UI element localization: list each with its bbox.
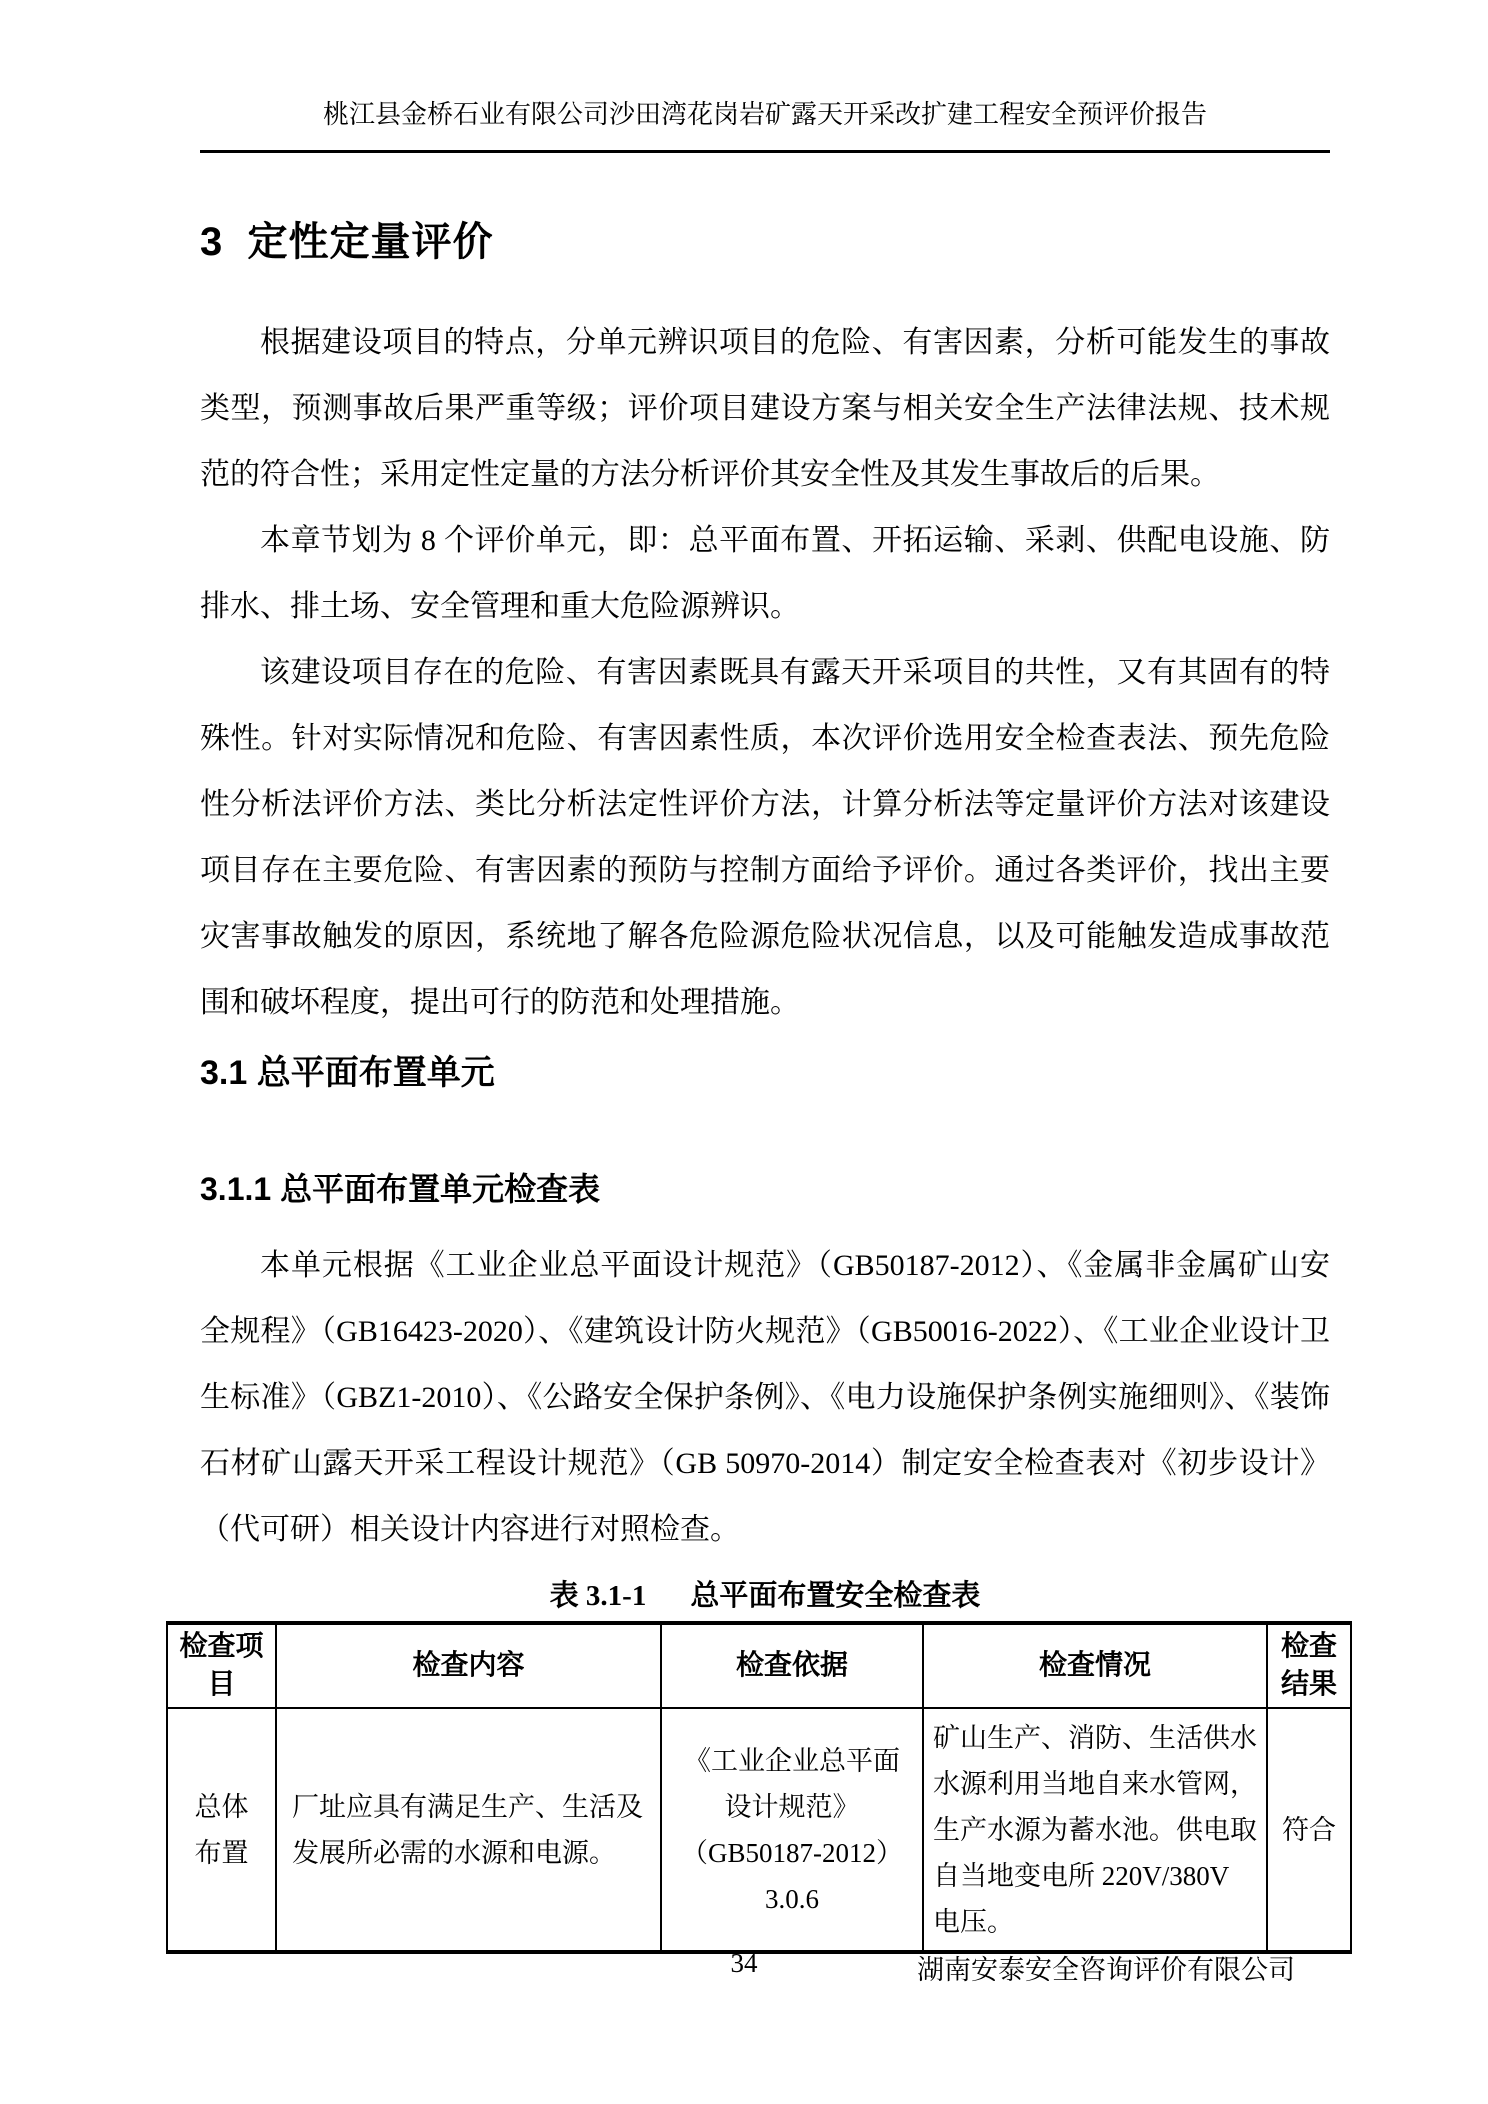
page-header-title: 桃江县金桥石业有限公司沙田湾花岗岩矿露天开采改扩建工程安全预评价报告 — [200, 98, 1330, 132]
paragraph-standards: 本单元根据《工业企业总平面设计规范》（GB50187-2012）、《金属非金属矿… — [200, 1233, 1330, 1563]
header-cell-check-basis: 检查依据 — [661, 1623, 923, 1708]
table-caption-title: 总平面布置安全检查表 — [690, 1573, 980, 1614]
table-caption: 表 3.1-1 总平面布置安全检查表 — [200, 1573, 1330, 1613]
subsection-title: 3.1.1 总平面布置单元检查表 — [200, 1167, 1330, 1211]
header-cell-check-item: 检查项目 — [167, 1623, 276, 1708]
cell-check-situation: 矿山生产、消防、生活供水水源利用当地自来水管网，生产水源为蓄水池。供电取自当地变… — [923, 1708, 1267, 1952]
section-title: 3.1 总平面布置单元 — [200, 1050, 1330, 1097]
chapter-title: 3 定性定量评价 — [200, 218, 1330, 266]
paragraph-methods: 该建设项目存在的危险、有害因素既具有露天开采项目的共性，又有其固有的特殊性。针对… — [200, 640, 1330, 1036]
table-caption-label: 表 3.1-1 — [550, 1573, 647, 1614]
page-content: 3 定性定量评价 根据建设项目的特点，分单元辨识项目的危险、有害因素，分析可能发… — [200, 200, 1330, 1954]
header-cell-check-result: 检查结果 — [1267, 1623, 1351, 1708]
table-row: 总体布置 厂址应具有满足生产、生活及发展所必需的水源和电源。 《工业企业总平面设… — [167, 1708, 1351, 1952]
safety-check-table: 检查项目 检查内容 检查依据 检查情况 检查结果 总体布置 厂址应具有满足生产、… — [166, 1621, 1352, 1954]
cell-check-content: 厂址应具有满足生产、生活及发展所必需的水源和电源。 — [276, 1708, 661, 1952]
paragraph-overview: 根据建设项目的特点，分单元辨识项目的危险、有害因素，分析可能发生的事故类型，预测… — [200, 310, 1330, 508]
document-page: { "colors": { "text": "#000000", "backgr… — [0, 0, 1488, 2104]
header-divider-rule — [200, 150, 1330, 153]
paragraph-units: 本章节划为 8 个评价单元，即：总平面布置、开拓运输、采剥、供配电设施、防排水、… — [200, 508, 1330, 640]
cell-check-result: 符合 — [1267, 1708, 1351, 1952]
table-header-row: 检查项目 检查内容 检查依据 检查情况 检查结果 — [167, 1623, 1351, 1708]
footer-company-name: 湖南安泰安全咨询评价有限公司 — [917, 1948, 1295, 1987]
header-cell-check-situation: 检查情况 — [923, 1623, 1267, 1708]
cell-check-basis: 《工业企业总平面设计规范》（GB50187-2012）3.0.6 — [661, 1708, 923, 1952]
cell-check-item: 总体布置 — [167, 1708, 276, 1952]
header-cell-check-content: 检查内容 — [276, 1623, 661, 1708]
